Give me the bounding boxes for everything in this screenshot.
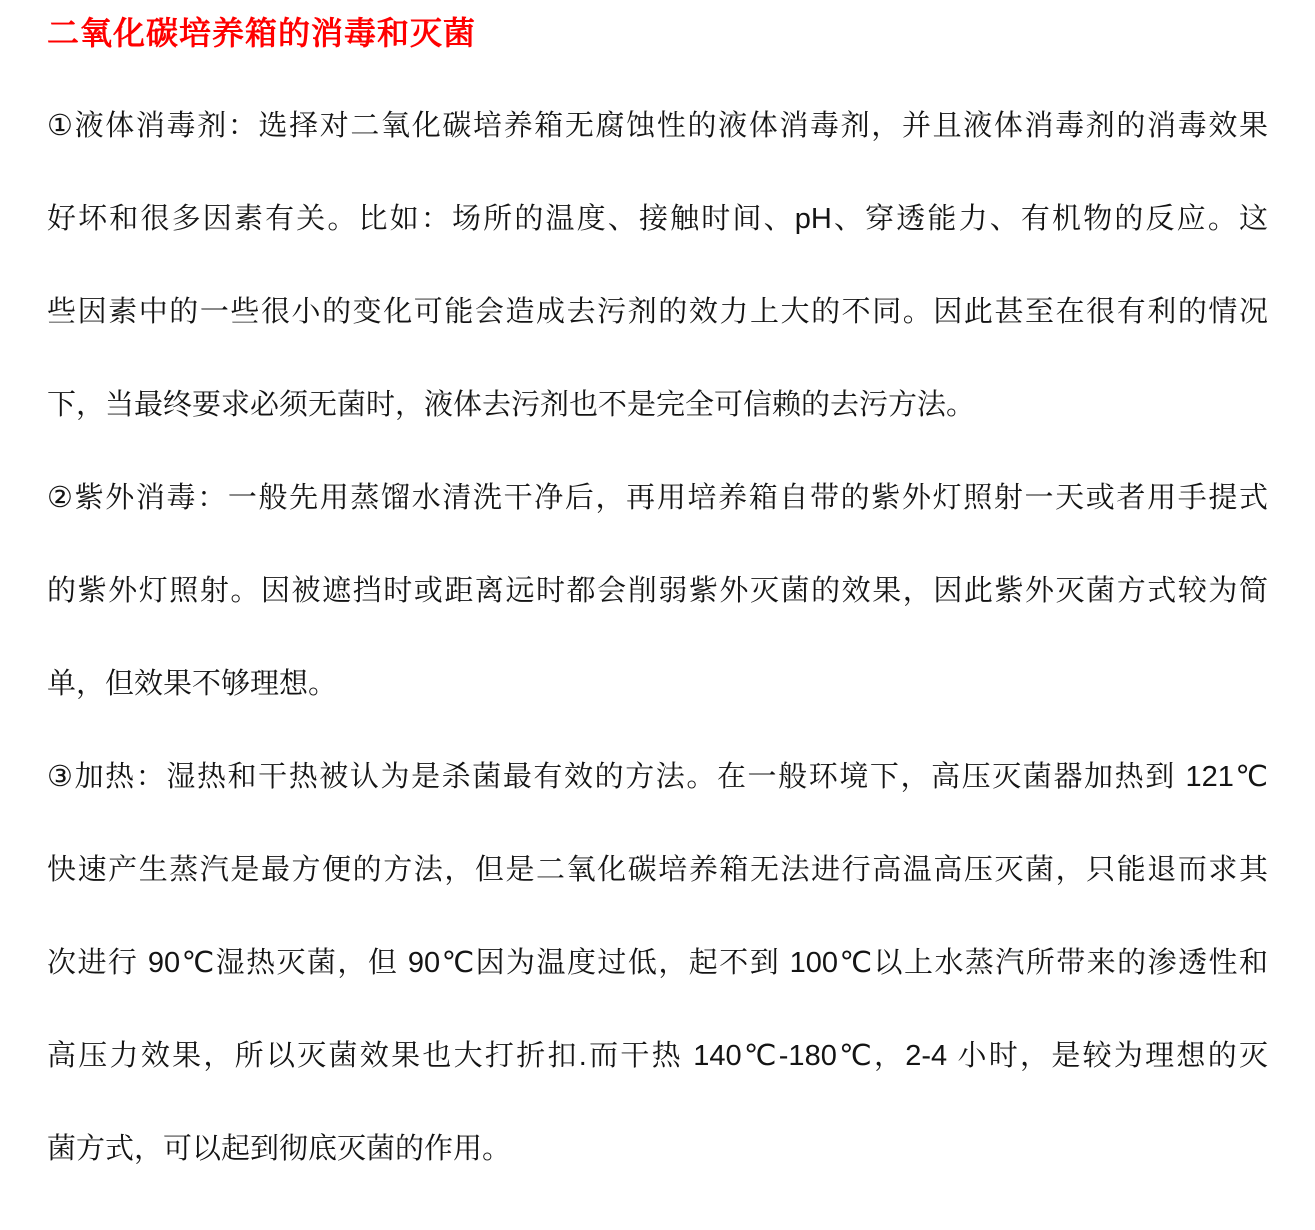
- text-line: 单，但效果不够理想。: [47, 638, 1268, 731]
- text-line: 菌方式，可以起到彻底灭菌的作用。: [47, 1103, 1268, 1196]
- paragraph: ①液体消毒剂：选择对二氧化碳培养箱无腐蚀性的液体消毒剂，并且液体消毒剂的消毒效果…: [47, 80, 1268, 452]
- paragraph: ③加热：湿热和干热被认为是杀菌最有效的方法。在一般环境下，高压灭菌器加热到 12…: [47, 731, 1268, 1196]
- text-line: 些因素中的一些很小的变化可能会造成去污剂的效力上大的不同。因此甚至在很有利的情况: [47, 266, 1268, 359]
- text-line: ②紫外消毒：一般先用蒸馏水清洗干净后，再用培养箱自带的紫外灯照射一天或者用手提式: [47, 452, 1268, 545]
- document-title: 二氧化碳培养箱的消毒和灭菌: [47, 14, 1268, 52]
- document-body: ①液体消毒剂：选择对二氧化碳培养箱无腐蚀性的液体消毒剂，并且液体消毒剂的消毒效果…: [47, 80, 1268, 1196]
- paragraph: ②紫外消毒：一般先用蒸馏水清洗干净后，再用培养箱自带的紫外灯照射一天或者用手提式…: [47, 452, 1268, 731]
- text-line: 的紫外灯照射。因被遮挡时或距离远时都会削弱紫外灭菌的效果，因此紫外灭菌方式较为简: [47, 545, 1268, 638]
- text-line: 快速产生蒸汽是最方便的方法，但是二氧化碳培养箱无法进行高温高压灭菌，只能退而求其: [47, 824, 1268, 917]
- text-line: 好坏和很多因素有关。比如：场所的温度、接触时间、pH、穿透能力、有机物的反应。这: [47, 173, 1268, 266]
- text-line: 下，当最终要求必须无菌时，液体去污剂也不是完全可信赖的去污方法。: [47, 359, 1268, 452]
- text-line: 次进行 90℃湿热灭菌，但 90℃因为温度过低，起不到 100℃以上水蒸汽所带来…: [47, 917, 1268, 1010]
- document-page: 二氧化碳培养箱的消毒和灭菌 ①液体消毒剂：选择对二氧化碳培养箱无腐蚀性的液体消毒…: [0, 0, 1315, 1196]
- text-line: ③加热：湿热和干热被认为是杀菌最有效的方法。在一般环境下，高压灭菌器加热到 12…: [47, 731, 1268, 824]
- text-line: 高压力效果，所以灭菌效果也大打折扣.而干热 140℃-180℃，2-4 小时，是…: [47, 1010, 1268, 1103]
- text-line: ①液体消毒剂：选择对二氧化碳培养箱无腐蚀性的液体消毒剂，并且液体消毒剂的消毒效果: [47, 80, 1268, 173]
